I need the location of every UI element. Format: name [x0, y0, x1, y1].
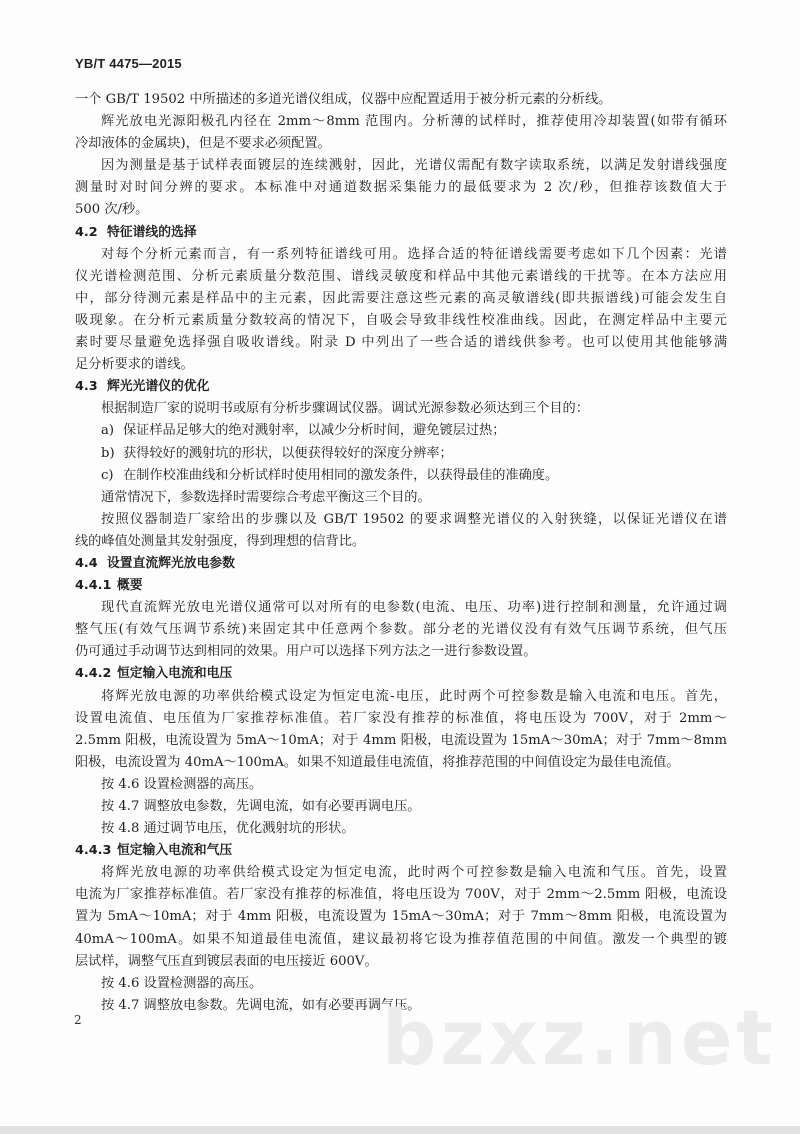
section-title: 恒定输入电流和电压 — [117, 666, 232, 681]
paragraph-line: 根据制造厂家的说明书或原有分析步骤调试仪器。调试光源参数必须达到三个目的： — [75, 398, 727, 420]
list-item: b)获得较好的溅射坑的形状，以便获得较好的深度分辨率； — [75, 443, 727, 465]
paragraph-line: 按 4.6 设置检测器的高压。 — [75, 774, 727, 796]
list-item: a)保证样品足够大的绝对溅射率，以减少分析时间，避免镀层过热； — [75, 420, 727, 442]
paragraph-line: 足分析要求的谱线。 — [75, 354, 727, 376]
document-page: YB/T 4475—2015 一个 GB/T 19502 中所描述的多道光谱仪组… — [0, 0, 800, 1126]
paragraph-line: 按 4.7 调整放电参数，先调电流，如有必要再调电压。 — [75, 796, 727, 818]
section-number: 4.4.1 — [75, 575, 117, 597]
paragraph-line: 辉光放电光源阳极孔内径在 2mm～8mm 范围内。分析薄的试样时，推荐使用冷却装… — [75, 111, 727, 133]
document-body: 一个 GB/T 19502 中所描述的多道光谱仪组成，仪器中应配置适用于被分析元… — [75, 89, 727, 1017]
section-heading: 4.4.3恒定输入电流和气压 — [75, 840, 727, 862]
page-number: 2 — [74, 1013, 82, 1027]
paragraph-line: 测量时对时间分辨的要求。本标准中对通道数据采集能力的最低要求为 2 次/秒，但推… — [75, 177, 727, 199]
paragraph-line: 2.5mm 阳极，电流设置为 5mA～10mA；对于 4mm 阳极，电流设置为 … — [75, 730, 727, 752]
watermark: bzxz.net — [382, 1008, 777, 1068]
list-item: c)在制作校准曲线和分析试样时使用相同的激发条件，以获得最佳的准确度。 — [75, 465, 727, 487]
section-number: 4.3 — [75, 376, 107, 398]
paragraph-line: 线的峰值处测量其发射强度，得到理想的信背比。 — [75, 531, 727, 553]
paragraph-line: 电流为厂家推荐标准值。若厂家没有推荐的标准值，将电压设为 700V，对于 2mm… — [75, 884, 727, 906]
page-bottom-edge — [0, 1126, 800, 1134]
list-label: a) — [101, 420, 123, 442]
paragraph-line: 阳极，电流设置为 40mA～100mA。如果不知道最佳电流值，将推荐范围的中间值… — [75, 752, 727, 774]
paragraph-line: 仪光谱检测范围、分析元素质量分数范围、谱线灵敏度和样品中其他元素谱线的干扰等。在… — [75, 266, 727, 288]
list-text: 获得较好的溅射坑的形状，以便获得较好的深度分辨率； — [123, 446, 453, 461]
paragraph-line: 将辉光放电源的功率供给模式设定为恒定电流，此时两个可控参数是输入电流和气压。首先… — [75, 862, 727, 884]
paragraph-line: 冷却液体的金属块)，但是不要求必须配置。 — [75, 133, 727, 155]
paragraph-line: 40mA～100mA。如果不知道最佳电流值，建议最初将它设为推荐值范围的中间值。… — [75, 929, 727, 951]
section-number: 4.4.2 — [75, 663, 117, 685]
section-title: 恒定输入电流和气压 — [117, 843, 232, 858]
paragraph-line: 将辉光放电源的功率供给模式设定为恒定电流-电压，此时两个可控参数是输入电流和电压… — [75, 686, 727, 708]
section-title: 辉光光谱仪的优化 — [107, 379, 209, 394]
paragraph-line: 按 4.8 通过调节电压，优化溅射坑的形状。 — [75, 818, 727, 840]
paragraph-line: 通常情况下，参数选择时需要综合考虑平衡这三个目的。 — [75, 487, 727, 509]
paragraph-line: 吸现象。在分析元素质量分数较高的情况下，自吸会导致非线性校准曲线。因此，在测定样… — [75, 310, 727, 332]
paragraph-line: 整气压(有效气压调节系统)来固定其中任意两个参数。部分老的光谱仪没有有效气压调节… — [75, 619, 727, 641]
section-number: 4.4.3 — [75, 840, 117, 862]
paragraph-line: 中，部分待测元素是样品中的主元素，因此需要注意这些元素的高灵敏谱线(即共振谱线)… — [75, 288, 727, 310]
paragraph-line: 按 4.6 设置检测器的高压。 — [75, 973, 727, 995]
paragraph-line: 因为测量是基于试样表面镀层的连续溅射，因此，光谱仪需配有数字读取系统，以满足发射… — [75, 155, 727, 177]
paragraph-line: 500 次/秒。 — [75, 199, 727, 221]
paragraph-line: 现代直流辉光放电光谱仪通常可以对所有的电参数(电流、电压、功率)进行控制和测量，… — [75, 597, 727, 619]
section-heading: 4.4设置直流辉光放电参数 — [75, 553, 727, 575]
section-title: 特征谱线的选择 — [107, 225, 197, 240]
list-text: 在制作校准曲线和分析试样时使用相同的激发条件，以获得最佳的准确度。 — [123, 468, 558, 483]
section-title: 设置直流辉光放电参数 — [107, 556, 235, 571]
paragraph-line: 层试样，调整气压直到镀层表面的电压接近 600V。 — [75, 951, 727, 973]
paragraph-line: 一个 GB/T 19502 中所描述的多道光谱仪组成，仪器中应配置适用于被分析元… — [75, 89, 727, 111]
section-heading: 4.3辉光光谱仪的优化 — [75, 376, 727, 398]
section-heading: 4.4.2恒定输入电流和电压 — [75, 663, 727, 685]
list-label: b) — [101, 443, 123, 465]
paragraph-line: 素时要尽量避免选择强自吸收谱线。附录 D 中列出了一些合适的谱线供参考。也可以使… — [75, 332, 727, 354]
list-label: c) — [101, 465, 123, 487]
section-title: 概要 — [117, 578, 143, 593]
paragraph-line: 仍可通过手动调节达到相同的效果。用户可以选择下列方法之一进行参数设置。 — [75, 641, 727, 663]
paragraph-line: 对每个分析元素而言，有一系列特征谱线可用。选择合适的特征谱线需要考虑如下几个因素… — [75, 244, 727, 266]
section-number: 4.4 — [75, 553, 107, 575]
paragraph-line: 设置电流值、电压值为厂家推荐标准值。若厂家没有推荐的标准值，将电压设为 700V… — [75, 708, 727, 730]
paragraph-line: 按照仪器制造厂家给出的步骤以及 GB/T 19502 的要求调整光谱仪的入射狭缝… — [75, 509, 727, 531]
section-heading: 4.2特征谱线的选择 — [75, 222, 727, 244]
section-number: 4.2 — [75, 222, 107, 244]
standard-number-header: YB/T 4475—2015 — [75, 56, 182, 71]
list-text: 保证样品足够大的绝对溅射率，以减少分析时间，避免镀层过热； — [123, 423, 505, 438]
paragraph-line: 置为 5mA～10mA；对于 4mm 阳极，电流设置为 15mA～30mA；对于… — [75, 906, 727, 928]
section-heading: 4.4.1概要 — [75, 575, 727, 597]
